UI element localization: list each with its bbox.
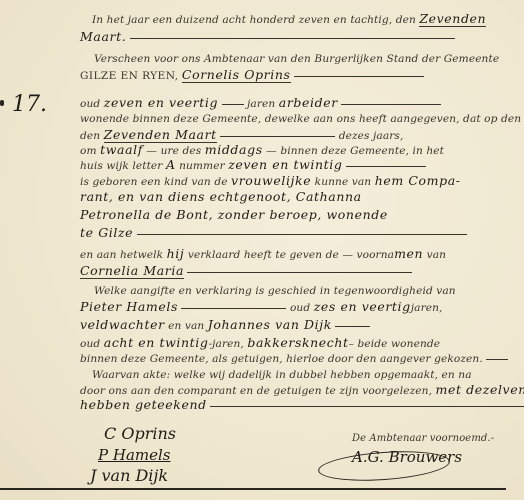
handwritten-witness2-name: Johannes van Dijk bbox=[208, 317, 332, 332]
line-witness2-details: oud acht en twintig-jaren, bakkersknecht… bbox=[80, 336, 506, 351]
printed-text: wonende binnen deze Gemeente, dewelke aa… bbox=[80, 113, 521, 125]
handwritten-month: Maart. bbox=[80, 29, 126, 44]
printed-text: en aan hetwelk bbox=[80, 249, 163, 261]
printed-text: jaren, bbox=[212, 338, 244, 350]
printed-text: oud bbox=[80, 338, 100, 350]
handwritten-witness2-age: acht en twintig bbox=[104, 335, 209, 350]
line-given-names: en aan hetwelk hij verklaard heeft te ge… bbox=[80, 247, 506, 262]
printed-text: Waarvan akte: welke wij dadelijk in dubb… bbox=[92, 369, 472, 381]
printed-text: Verscheen voor ons Ambtenaar van den Bur… bbox=[94, 53, 499, 65]
fill-rule bbox=[130, 38, 455, 39]
handwritten-parent: hem Compa- bbox=[375, 173, 461, 188]
fill-rule bbox=[486, 359, 508, 360]
printed-text: nummer bbox=[179, 160, 225, 172]
line-as-witnesses: binnen deze Gemeente, als getuigen, hier… bbox=[80, 352, 506, 366]
printed-text: is geboren een kind van de bbox=[80, 176, 228, 188]
printed-text: jaren bbox=[247, 98, 275, 110]
handwritten-birth-date: Zevenden Maart bbox=[104, 127, 217, 143]
fill-rule bbox=[187, 272, 412, 273]
handwritten-text: hebben geteekend bbox=[80, 397, 207, 412]
printed-text: om bbox=[80, 145, 97, 157]
printed-text: huis wijk letter bbox=[80, 160, 162, 172]
handwritten-witness1-age: zes en veertig bbox=[314, 299, 411, 314]
handwritten-witness1-occupation: veldwachter bbox=[80, 317, 165, 332]
printed-text: oud bbox=[80, 98, 100, 110]
line-mother-details: Petronella de Bont, zonder beroep, wonen… bbox=[80, 208, 506, 222]
printed-text: beide wonende bbox=[358, 338, 441, 350]
printed-text: jaren, bbox=[411, 302, 443, 314]
line-house: huis wijk letter A nummer zeven en twint… bbox=[80, 158, 506, 173]
printed-text: oud bbox=[290, 302, 310, 314]
handwritten-day: Zevenden bbox=[419, 11, 486, 27]
printed-text: dezes jaars, bbox=[339, 130, 404, 142]
line-date: den Zevenden Maart dezes jaars, bbox=[80, 128, 506, 143]
fill-rule bbox=[137, 234, 467, 235]
line-hour: om twaalf — ure des middags — binnen dez… bbox=[80, 143, 506, 158]
handwritten-sex: vrouwelijke bbox=[231, 173, 311, 188]
handwritten-house-number: zeven en twintig bbox=[228, 157, 342, 172]
printed-text: door ons aan den comparant en de getuige… bbox=[80, 385, 432, 397]
fill-rule bbox=[346, 166, 426, 167]
handwritten-residence: te Gilze bbox=[80, 225, 133, 240]
line-read-aloud: door ons aan den comparant en de getuige… bbox=[80, 383, 506, 398]
signature-witness1: P Hamels bbox=[98, 446, 170, 464]
printed-text: en van bbox=[168, 320, 204, 332]
official-label: De Ambtenaar voornoemd.- bbox=[352, 432, 494, 446]
printed-text: binnen deze Gemeente, als getuigen, hier… bbox=[80, 353, 483, 365]
handwritten-witness2-occupation: bakkersknecht bbox=[247, 335, 348, 350]
line-signed: hebben geteekend bbox=[80, 398, 506, 413]
margin-mark bbox=[0, 100, 4, 106]
line-whereof: Waarvan akte: welke wij dadelijk in dubb… bbox=[92, 368, 506, 382]
printed-text: den bbox=[80, 130, 100, 142]
handwritten-house-letter: A bbox=[166, 157, 176, 172]
handwritten-hour: twaalf bbox=[100, 142, 143, 157]
fill-rule bbox=[210, 406, 524, 407]
printed-text: verklaard heeft te geven de — voorna bbox=[188, 249, 394, 261]
line-residence: te Gilze bbox=[80, 226, 506, 241]
bottom-rule bbox=[0, 488, 506, 490]
line-witness1: Pieter Hamels oud zes en veertigjaren, bbox=[80, 300, 506, 315]
printed-text: ure des bbox=[161, 145, 202, 157]
line-mother: rant, en van diens echtgenoot, Cathanna bbox=[80, 190, 506, 204]
line-municipality: GILZE EN RYEN, Cornelis Oprins bbox=[80, 68, 506, 83]
handwritten-witness1-name: Pieter Hamels bbox=[80, 299, 178, 314]
handwritten-time-of-day: middags bbox=[205, 142, 263, 157]
fill-rule bbox=[294, 76, 424, 77]
handwritten-suffix: men bbox=[394, 246, 423, 261]
handwritten-pronoun: hij bbox=[167, 246, 185, 261]
line-witnesses-intro: Welke aangifte en verklaring is geschied… bbox=[94, 284, 506, 298]
line-witness2: veldwachter en van Johannes van Dijk bbox=[80, 318, 506, 333]
fill-rule bbox=[220, 136, 335, 137]
handwritten-text: met dezelven bbox=[436, 382, 524, 397]
signature-declarant: C Oprins bbox=[104, 424, 176, 443]
printed-text: kunne van bbox=[315, 176, 372, 188]
fill-rule bbox=[341, 104, 441, 105]
line-age-occupation: oud zeven en veertig jaren arbeider bbox=[80, 96, 506, 111]
line-year: In het jaar een duizend acht honderd zev… bbox=[92, 12, 506, 27]
margin-record-number: 17. bbox=[12, 92, 47, 117]
printed-text: binnen deze Gemeente, in het bbox=[280, 145, 444, 157]
fill-rule bbox=[181, 308, 286, 309]
signature-witness2: J van Dijk bbox=[90, 466, 168, 485]
handwritten-occupation: arbeider bbox=[279, 95, 338, 110]
printed-text: Welke aangifte en verklaring is geschied… bbox=[94, 285, 456, 297]
line-child-name: Cornelia Maria bbox=[80, 264, 506, 279]
fill-rule bbox=[335, 326, 370, 327]
handwritten-child-name: Cornelia Maria bbox=[80, 263, 184, 279]
line-month: Maart. bbox=[80, 30, 506, 45]
line-appeared: Verscheen voor ons Ambtenaar van den Bur… bbox=[94, 52, 506, 66]
line-child: is geboren een kind van de vrouwelijke k… bbox=[80, 174, 506, 189]
printed-text: van bbox=[427, 249, 446, 261]
line-residing: wonende binnen deze Gemeente, dewelke aa… bbox=[80, 112, 506, 126]
handwritten-declarant-name: Cornelis Oprins bbox=[182, 67, 291, 83]
fill-rule bbox=[222, 104, 244, 105]
municipality-name: GILZE EN RYEN, bbox=[80, 70, 178, 82]
handwritten-age: zeven en veertig bbox=[104, 95, 218, 110]
printed-text: In het jaar een duizend acht honderd zev… bbox=[92, 14, 416, 26]
